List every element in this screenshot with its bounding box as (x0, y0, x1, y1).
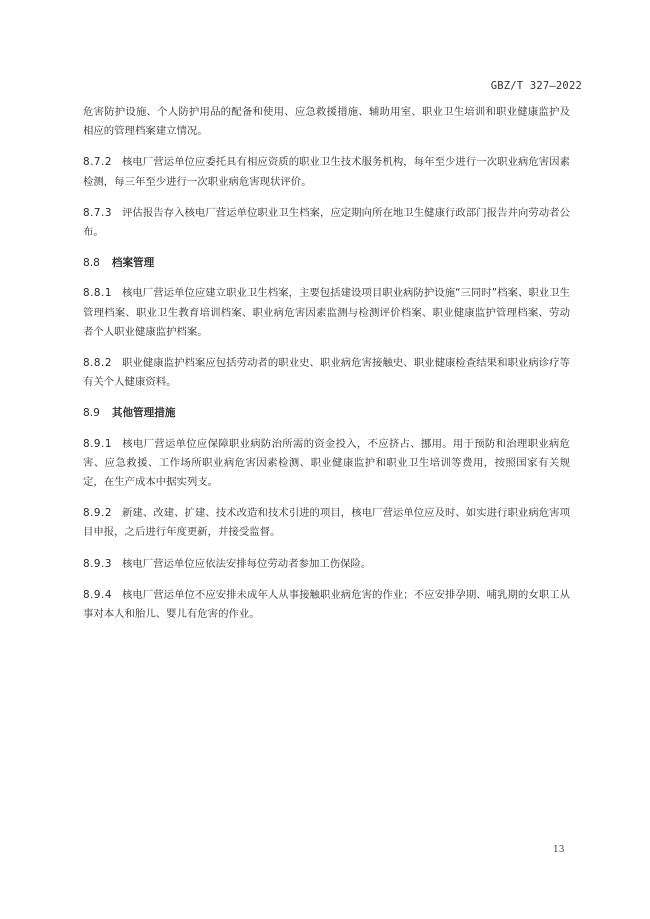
clause-number: 8.9.1 (83, 438, 112, 450)
clause-number: 8.8.1 (83, 287, 112, 299)
section-heading-8-9: 8.9其他管理措施 (83, 404, 570, 423)
clause-text: 职业健康监护档案应包括劳动者的职业史、职业病危害接触史、职业健康检查结果和职业病… (83, 357, 570, 388)
clause-8-9-2: 8.9.2新建、改建、扩建、技术改造和技术引进的项目，核电厂营运单位应及时、如实… (83, 504, 570, 542)
page-number: 13 (553, 845, 564, 855)
clause-8-8-2: 8.8.2职业健康监护档案应包括劳动者的职业史、职业病危害接触史、职业健康检查结… (83, 354, 570, 392)
document-page: GBZ/T 327—2022 危害防护设施、个人防护用品的配备和使用、应急救援措… (0, 0, 650, 919)
clause-number: 8.9.4 (83, 589, 112, 601)
clause-number: 8.7.3 (83, 207, 112, 219)
section-title: 档案管理 (112, 257, 154, 269)
clause-8-9-3: 8.9.3核电厂营运单位应依法安排每位劳动者参加工伤保险。 (83, 555, 570, 574)
clause-text: 核电厂营运单位应委托具有相应资质的职业卫生技术服务机构，每年至少进行一次职业病危… (83, 156, 570, 187)
section-number: 8.9 (83, 407, 100, 419)
section-number: 8.8 (83, 257, 100, 269)
clause-text: 核电厂营运单位不应安排未成年人从事接触职业病危害的作业；不应安排孕期、哺乳期的女… (83, 589, 570, 620)
section-heading-8-8: 8.8档案管理 (83, 254, 570, 273)
clause-text: 核电厂营运单位应建立职业卫生档案，主要包括建设项目职业病防护设施“三同时”档案、… (83, 287, 570, 337)
clause-number: 8.7.2 (83, 156, 112, 168)
clause-number: 8.8.2 (83, 357, 112, 369)
clause-8-8-1: 8.8.1核电厂营运单位应建立职业卫生档案，主要包括建设项目职业病防护设施“三同… (83, 284, 570, 342)
clause-text: 核电厂营运单位应依法安排每位劳动者参加工伤保险。 (122, 558, 371, 570)
clause-number: 8.9.2 (83, 507, 112, 519)
clause-8-7-2: 8.7.2核电厂营运单位应委托具有相应资质的职业卫生技术服务机构，每年至少进行一… (83, 153, 570, 191)
standard-code: GBZ/T 327—2022 (491, 80, 582, 92)
clause-text: 评估报告存入核电厂营运单位职业卫生档案，应定期向所在地卫生健康行政部门报告并向劳… (83, 207, 570, 238)
clause-8-7-3: 8.7.3评估报告存入核电厂营运单位职业卫生档案，应定期向所在地卫生健康行政部门… (83, 204, 570, 242)
clause-8-9-4: 8.9.4核电厂营运单位不应安排未成年人从事接触职业病危害的作业；不应安排孕期、… (83, 586, 570, 624)
clause-number: 8.9.3 (83, 558, 112, 570)
clause-8-9-1: 8.9.1核电厂营运单位应保障职业病防治所需的资金投入，不应挤占、挪用。用于预防… (83, 435, 570, 493)
section-title: 其他管理措施 (112, 407, 176, 419)
clause-text: 新建、改建、扩建、技术改造和技术引进的项目，核电厂营运单位应及时、如实进行职业病… (83, 507, 570, 538)
clause-text: 核电厂营运单位应保障职业病防治所需的资金投入，不应挤占、挪用。用于预防和治理职业… (83, 438, 570, 488)
paragraph-text: 危害防护设施、个人防护用品的配备和使用、应急救援措施、辅助用室、职业卫生培训和职… (83, 106, 570, 137)
paragraph-continuation: 危害防护设施、个人防护用品的配备和使用、应急救援措施、辅助用室、职业卫生培训和职… (83, 103, 570, 141)
document-body: 危害防护设施、个人防护用品的配备和使用、应急救援措施、辅助用室、职业卫生培训和职… (83, 103, 570, 636)
